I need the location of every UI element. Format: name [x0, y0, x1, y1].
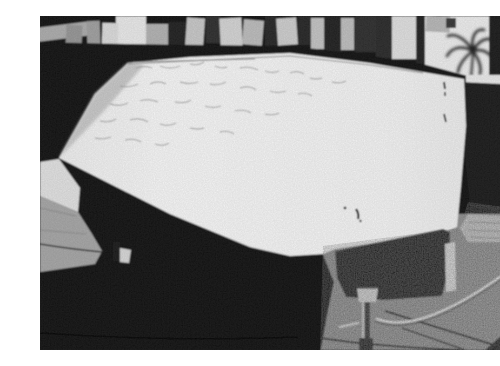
- photograph: Fallen obelisk among temple ruins: [40, 16, 500, 350]
- photo-canvas: Fallen obelisk among temple ruins: [40, 16, 500, 350]
- film-grain-light: [40, 16, 500, 350]
